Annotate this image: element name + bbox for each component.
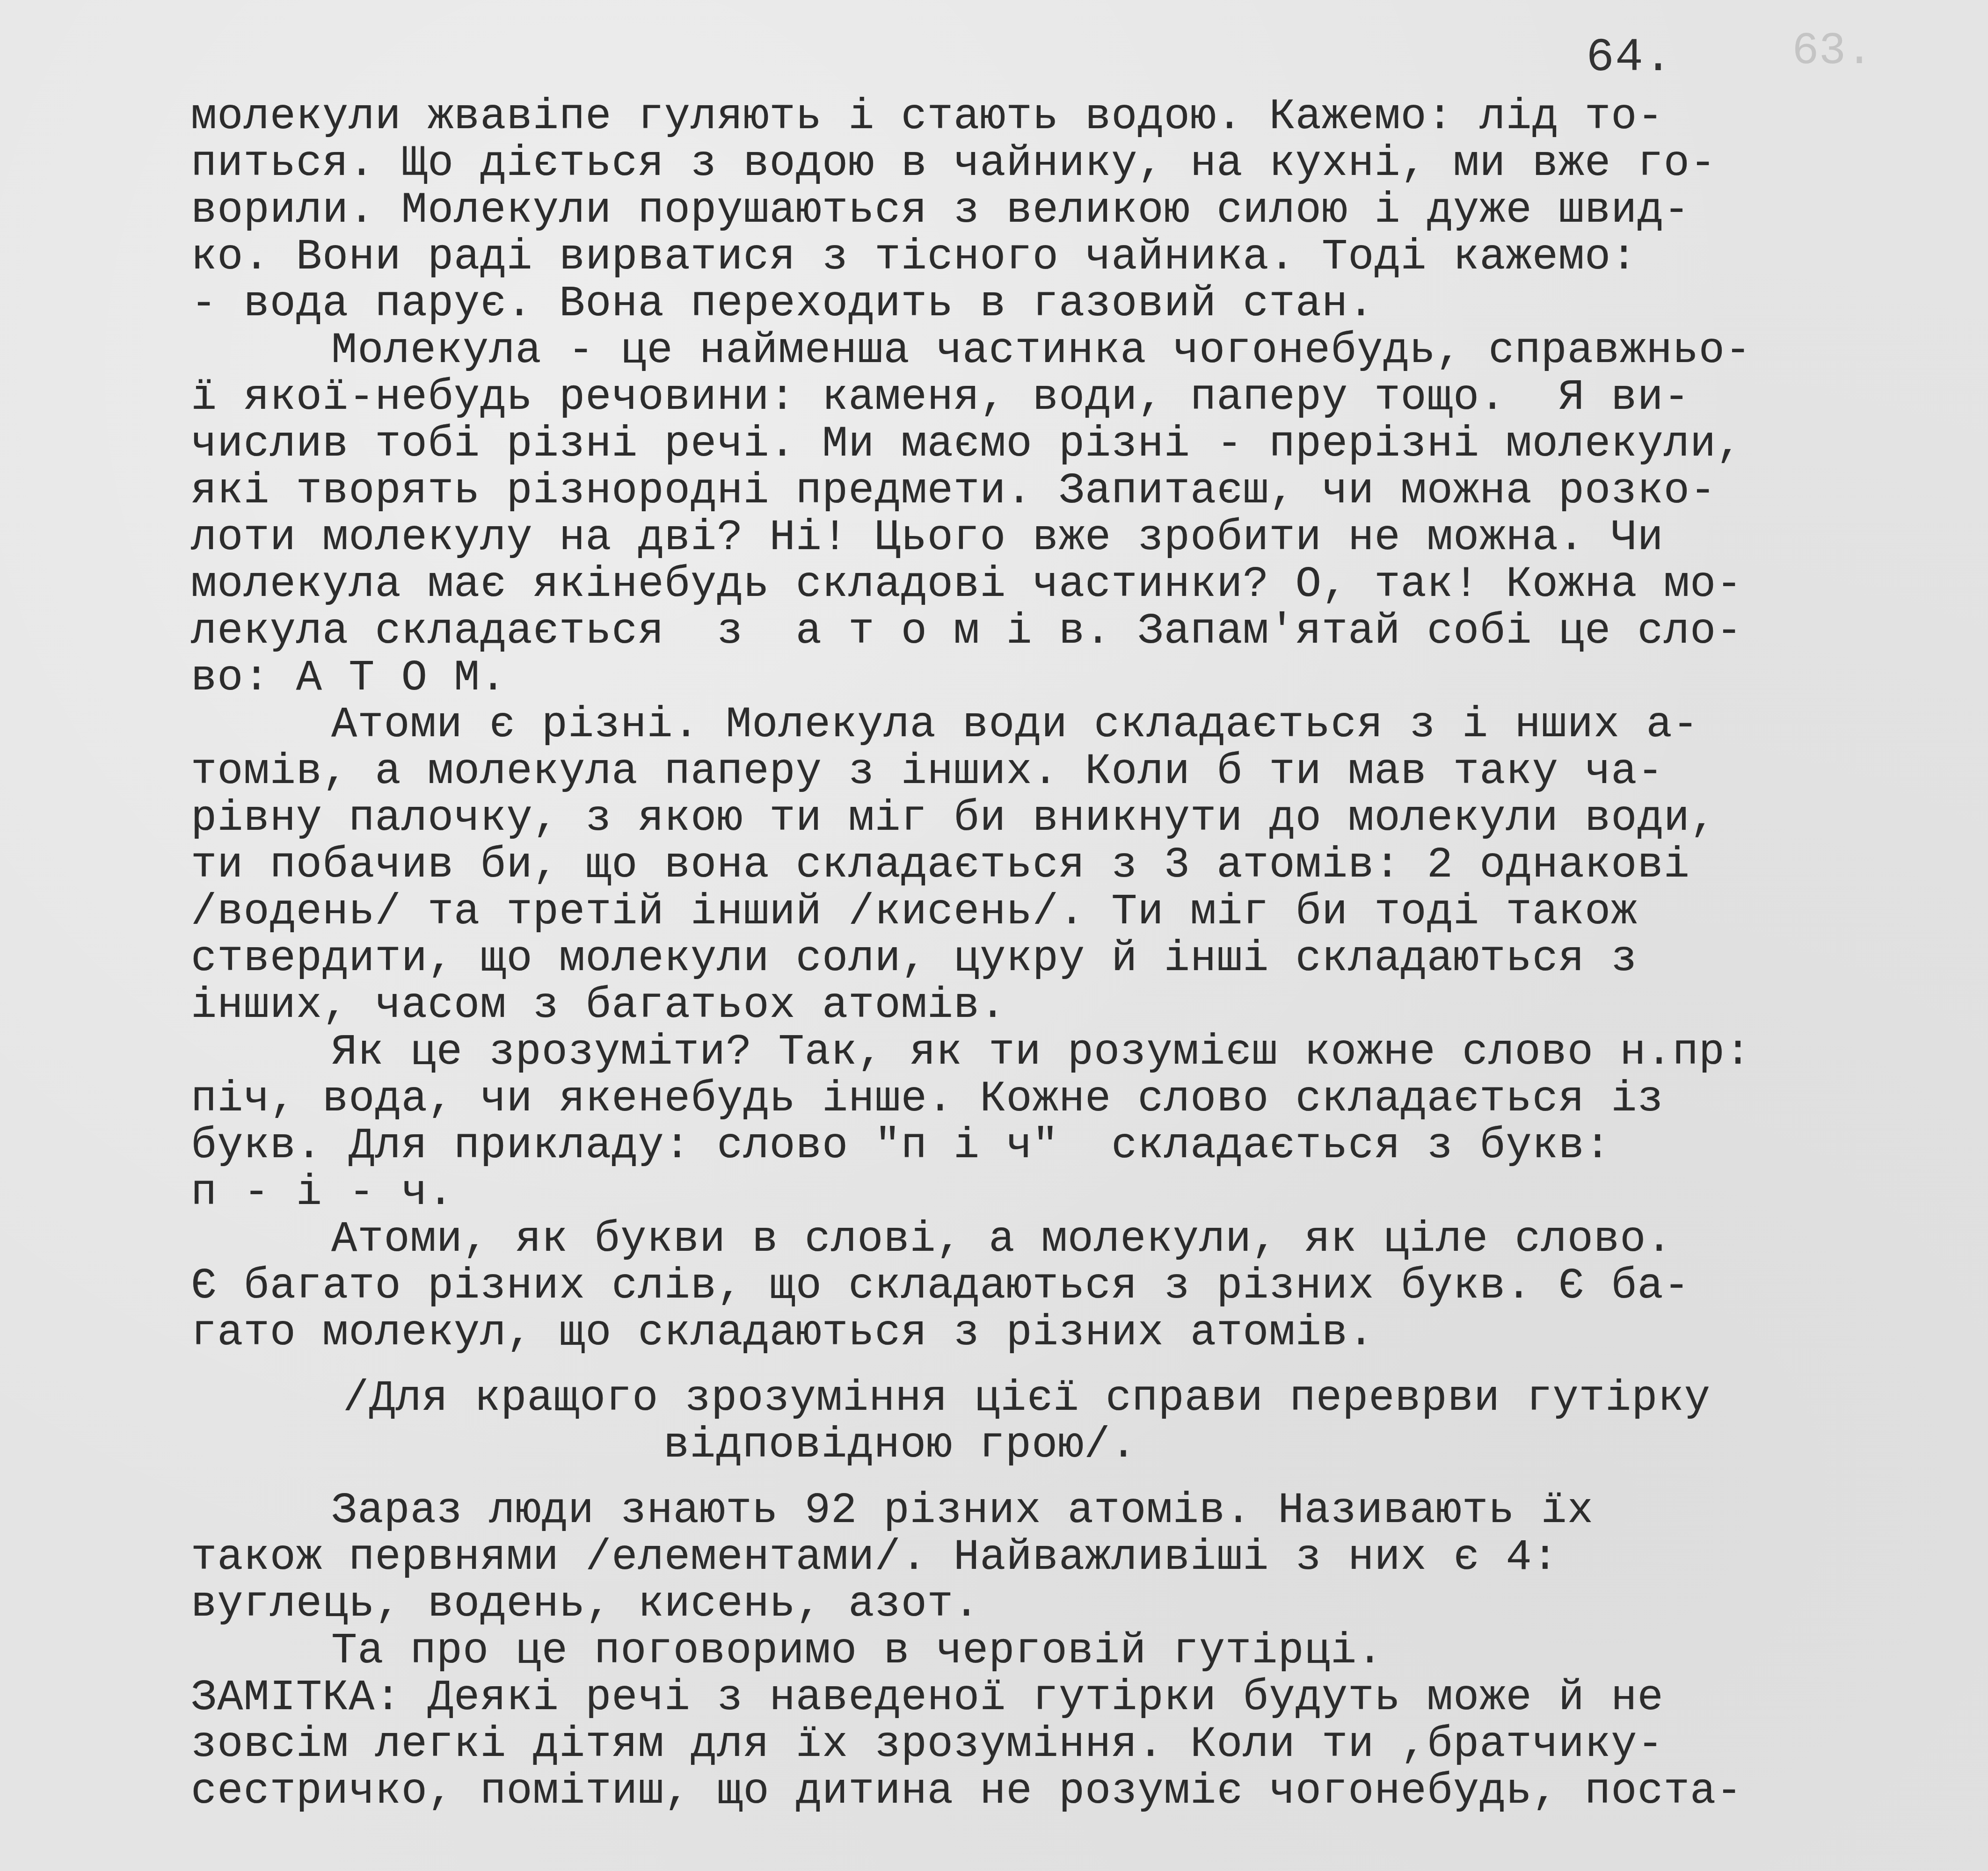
note-line: ЗАМІТКА: Деякі речі з наведеної гутірки …	[191, 1675, 1875, 1721]
note-line: зовсім легкі дітям для їх зрозуміння. Ко…	[191, 1721, 1875, 1768]
text-line: молекули жвавіпе гуляють і стають водою.…	[191, 94, 1875, 140]
text-line: ко. Вони раді вирватися з тісного чайник…	[191, 234, 1875, 281]
text-line: ворили. Молекули порушаються з великою с…	[191, 187, 1875, 234]
text-line: гато молекул, що складаються з різних ат…	[191, 1310, 1875, 1356]
text-line: Є багато різних слів, що складаються з р…	[191, 1263, 1875, 1310]
text-line: які творять різнородні предмети. Запитає…	[191, 468, 1875, 515]
paragraph-first-line: Молекула - це найменша частинка чогонебу…	[191, 327, 1875, 374]
text-line: ти побачив би, що вона складається з 3 а…	[191, 842, 1875, 889]
paragraph-first-line: Атоми, як букви в слові, а молекули, як …	[191, 1216, 1875, 1263]
text-line: лоти молекулу на дві? Ні! Цього вже зроб…	[191, 515, 1875, 561]
note-line: сестричко, помітиш, що дитина не розуміє…	[191, 1768, 1875, 1815]
typewritten-page: 63. 64. молекули жвавіпе гуляють і стают…	[0, 0, 1988, 1871]
text-line: піч, вода, чи якенебудь інше. Кожне слов…	[191, 1076, 1875, 1123]
text-line: інших, часом з багатьох атомів.	[191, 982, 1875, 1029]
text-line: букв. Для прикладу: слово "п і ч" склада…	[191, 1123, 1875, 1169]
game-instruction-line: /Для кращого зрозуміння цієї справи пере…	[191, 1375, 1875, 1422]
spacer	[191, 1469, 1875, 1487]
text-line: лекула складається з а т о м і в. Запам'…	[191, 608, 1875, 655]
paragraph-first-line: Зараз люди знають 92 різних атомів. Нази…	[191, 1487, 1875, 1534]
paragraph-first-line: Атоми є різні. Молекула води складається…	[191, 702, 1875, 748]
text-line: ї якої-небудь речовини: каменя, води, па…	[191, 374, 1875, 421]
text-line: рівну палочку, з якою ти міг би вникнути…	[191, 795, 1875, 842]
text-line: во: А Т О М.	[191, 655, 1875, 702]
game-instruction-line: відповідною грою/.	[191, 1422, 1875, 1469]
paragraph-first-line: Як це зрозуміти? Так, як ти розумієш кож…	[191, 1029, 1875, 1076]
text-line: - вода парує. Вона переходить в газовий …	[191, 281, 1875, 327]
text-line: ствердити, що молекули соли, цукру й інш…	[191, 935, 1875, 982]
bleed-through-page-number: 63.	[1792, 26, 1873, 77]
text-line: /водень/ та третій інший /кисень/. Ти мі…	[191, 889, 1875, 935]
text-line: томів, а молекула паперу з інших. Коли б…	[191, 748, 1875, 795]
text-line: п - і - ч.	[191, 1169, 1875, 1216]
page-body: молекули жвавіпе гуляють і стають водою.…	[191, 94, 1875, 1815]
paragraph-first-line: Та про це поговоримо в черговій гутірці.	[191, 1628, 1875, 1675]
text-line: вуглець, водень, кисень, азот.	[191, 1581, 1875, 1628]
page-number: 64.	[1586, 35, 1673, 82]
spacer	[191, 1356, 1875, 1375]
text-line: питься. Що діється з водою в чайнику, на…	[191, 140, 1875, 187]
text-line: молекула має якінебудь складові частинки…	[191, 561, 1875, 608]
text-line: числив тобі різні речі. Ми маємо різні -…	[191, 421, 1875, 468]
text-line: також первнями /елементами/. Найважливіш…	[191, 1534, 1875, 1581]
